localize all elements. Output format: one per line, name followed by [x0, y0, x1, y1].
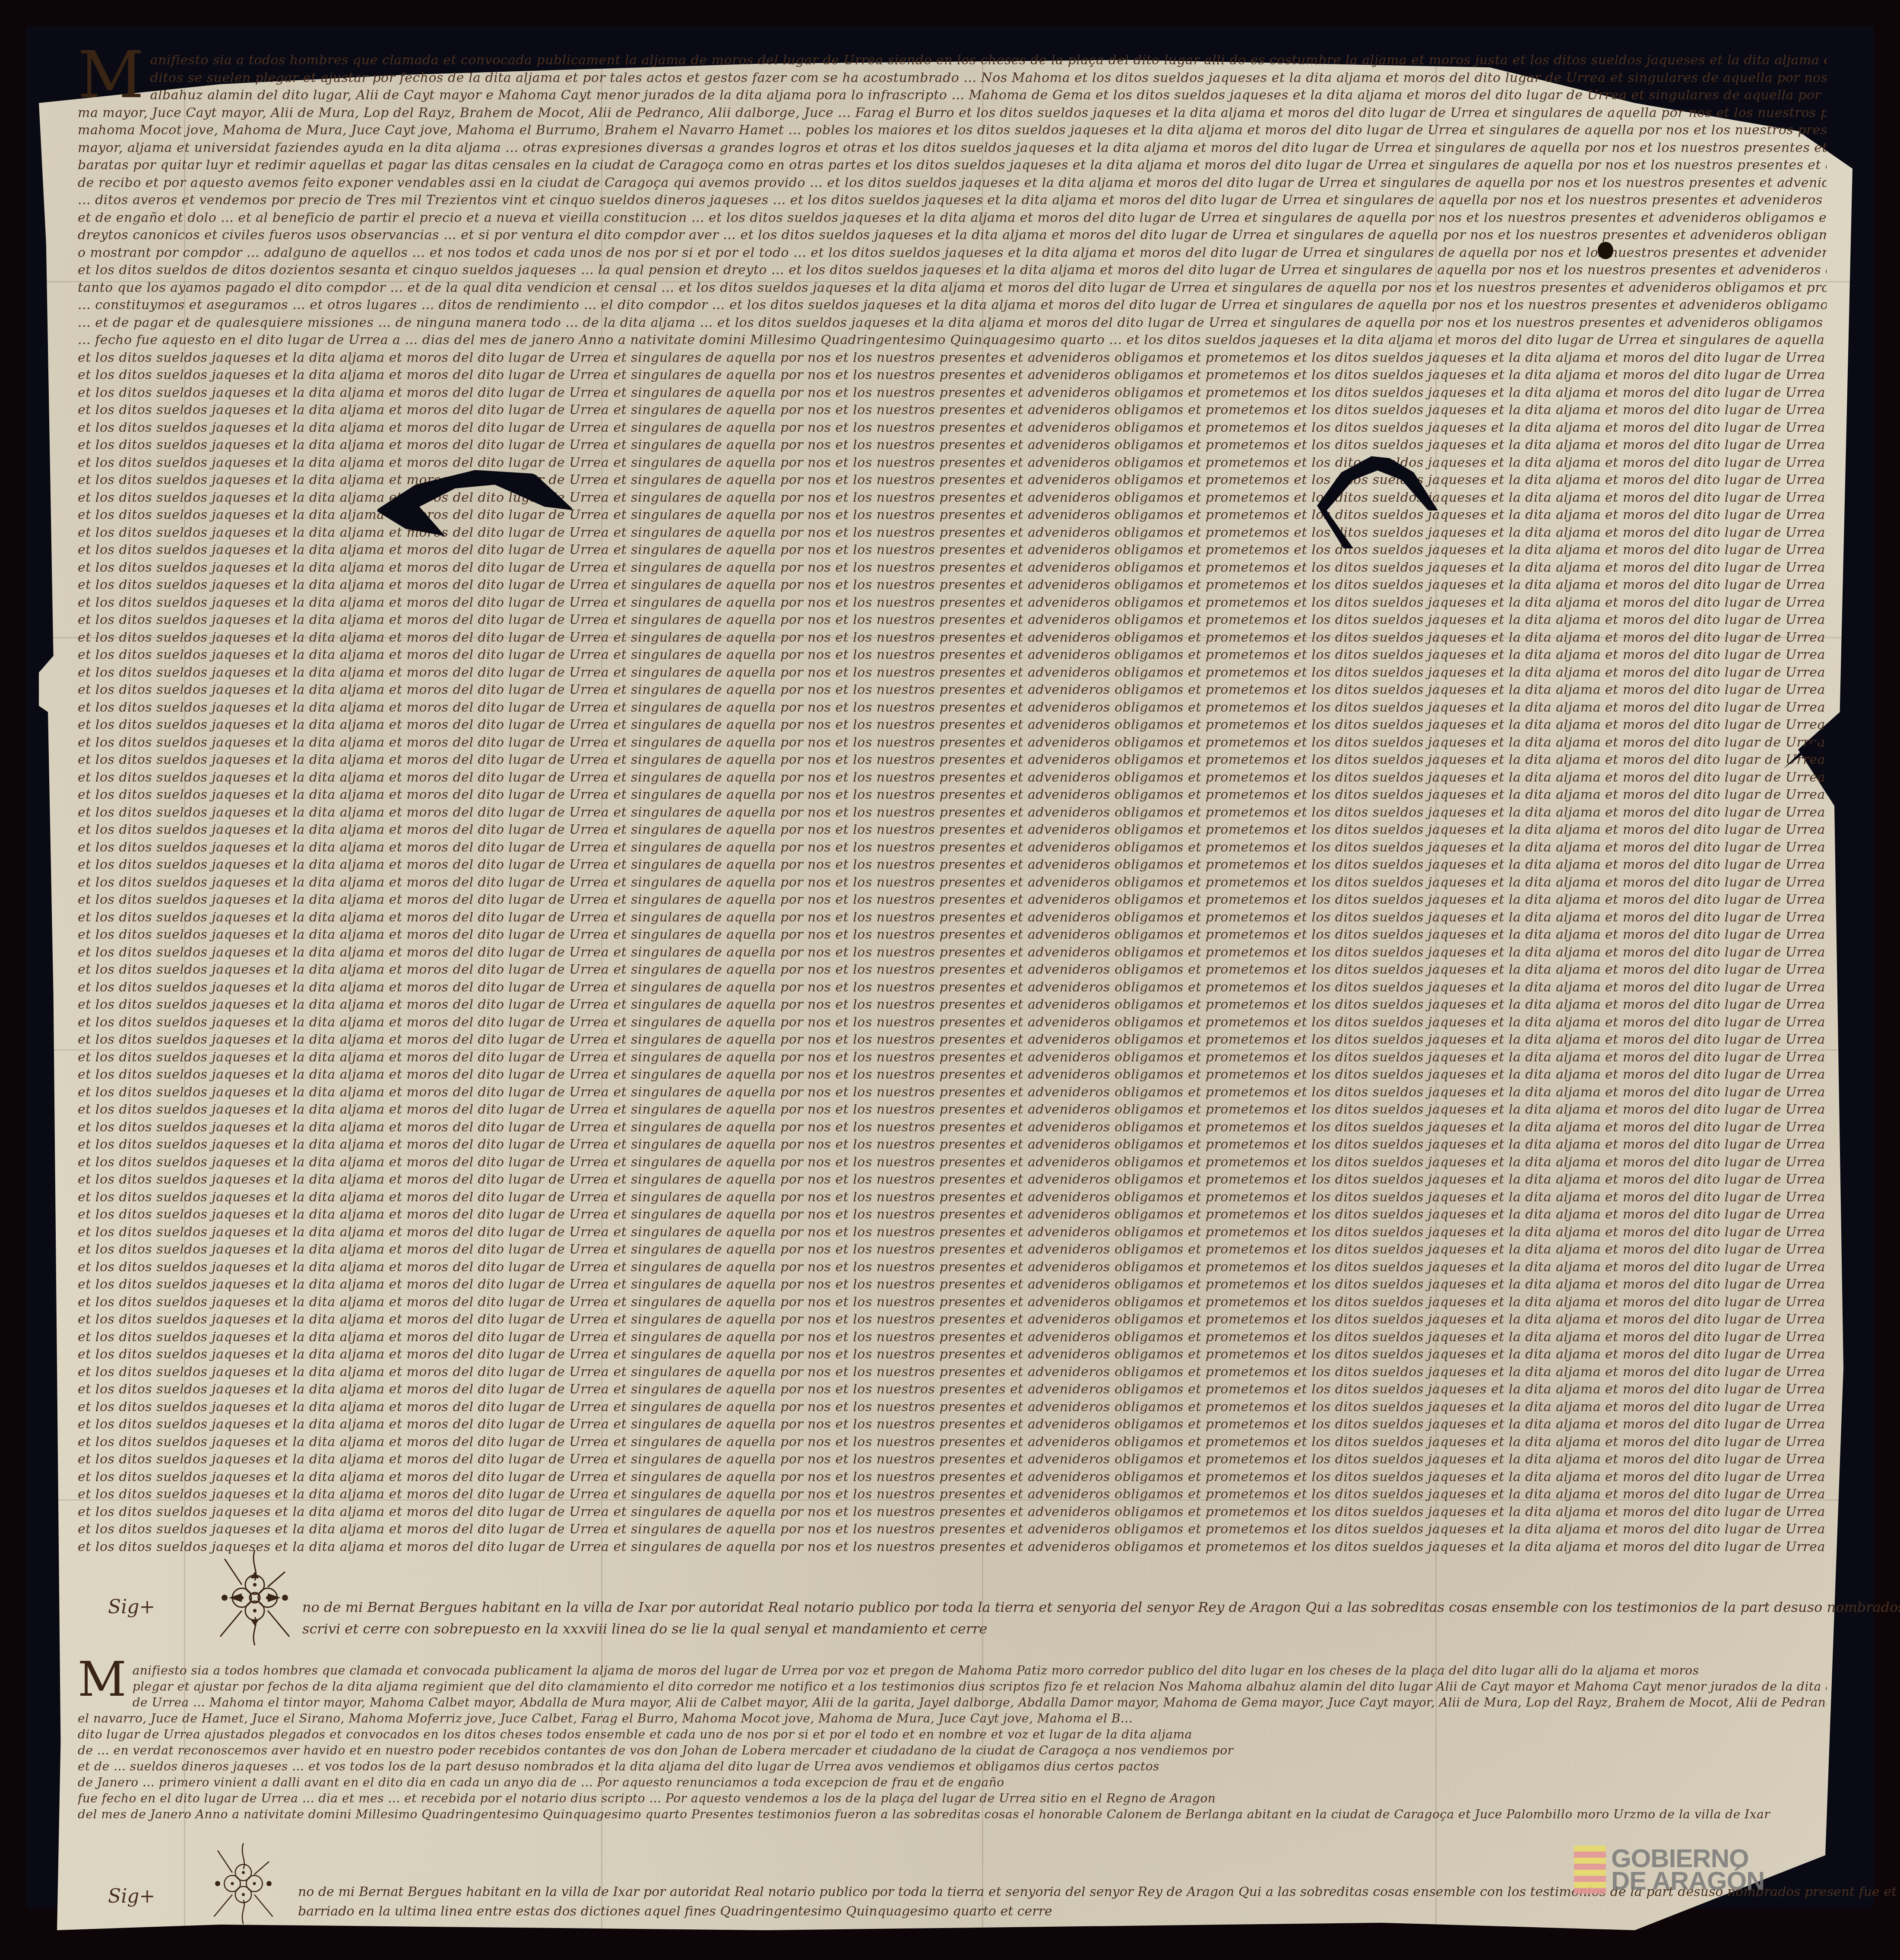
manuscript-line: et los ditos sueldos jaqueses et la dita…: [78, 1259, 1827, 1276]
manuscript-line: et los ditos sueldos jaqueses et la dita…: [78, 559, 1827, 577]
manuscript-line: et los ditos sueldos jaqueses et la dita…: [78, 1276, 1827, 1294]
manuscript-line: et los ditos sueldos jaqueses et la dita…: [78, 629, 1827, 647]
manuscript-line: et de ... sueldos dineros jaqueses ... e…: [78, 1758, 1827, 1774]
manuscript-line: et los ditos sueldos jaqueses et la dita…: [78, 874, 1827, 892]
aragon-flag-icon: [1574, 1846, 1606, 1894]
manuscript-line: et los ditos sueldos jaqueses et la dita…: [78, 1416, 1827, 1434]
manuscript-line: o mostrant por compdor ... adalguno de a…: [78, 244, 1827, 262]
manuscript-line: et los ditos sueldos jaqueses et la dita…: [78, 699, 1827, 717]
manuscript-line: et los ditos sueldos jaqueses et la dita…: [78, 821, 1827, 839]
manuscript-line: et los ditos sueldos jaqueses et la dita…: [78, 1294, 1827, 1311]
manuscript-line: del mes de Janero Anno a nativitate domi…: [78, 1806, 1827, 1822]
manuscript-line: et los ditos sueldos jaqueses et la dita…: [78, 681, 1827, 699]
decorated-initial-m: M: [78, 49, 144, 101]
manuscript-line: et los ditos sueldos jaqueses et la dita…: [78, 996, 1827, 1014]
manuscript-line: et los ditos sueldos jaqueses et la dita…: [78, 367, 1827, 384]
signum-label-2: Sig+: [108, 1887, 155, 1906]
manuscript-line: dito lugar de Urrea ajustados plegados e…: [78, 1726, 1827, 1742]
manuscript-line: dreytos canonicos et civiles fueros usos…: [78, 227, 1827, 244]
notary-subscription-line-1: no de mi Bernat Bergues habitant en la v…: [302, 1598, 1900, 1617]
manuscript-line: et los ditos sueldos jaqueses et la dita…: [78, 1206, 1827, 1224]
manuscript-line: plegar et ajustar por fechos de la dita …: [133, 1678, 1827, 1694]
manuscript-line: et los ditos sueldos jaqueses et la dita…: [78, 402, 1827, 419]
manuscript-line: et los ditos sueldos de ditos dozientos …: [78, 262, 1827, 279]
notary-signum-star-icon: [207, 1546, 302, 1650]
manuscript-line: et los ditos sueldos jaqueses et la dita…: [78, 804, 1827, 822]
manuscript-line: et los ditos sueldos jaqueses et la dita…: [78, 541, 1827, 559]
manuscript-line: mayor, aljama et universidat faziendes a…: [78, 139, 1827, 157]
manuscript-line: et los ditos sueldos jaqueses et la dita…: [78, 489, 1827, 507]
manuscript-line: tanto que los ayamos pagado el dito comp…: [78, 279, 1827, 297]
main-text-lines: anifiesto sia a todos hombres que clamad…: [78, 52, 1827, 1556]
manuscript-line: anifiesto sia a todos hombres que clamad…: [133, 1662, 1827, 1678]
notary-subscription-line-2: scrivi et cerre con sobrepuesto en la xx…: [302, 1619, 988, 1638]
manuscript-line: et los ditos sueldos jaqueses et la dita…: [78, 437, 1827, 454]
manuscript-line: et los ditos sueldos jaqueses et la dita…: [78, 1136, 1827, 1154]
manuscript-line: et los ditos sueldos jaqueses et la dita…: [78, 1241, 1827, 1259]
manuscript-line: et los ditos sueldos jaqueses et la dita…: [78, 1224, 1827, 1241]
manuscript-line: et los ditos sueldos jaqueses et la dita…: [78, 1364, 1827, 1381]
manuscript-line: et los ditos sueldos jaqueses et la dita…: [78, 1084, 1827, 1102]
manuscript-line: et los ditos sueldos jaqueses et la dita…: [78, 786, 1827, 804]
manuscript-line: et los ditos sueldos jaqueses et la dita…: [78, 891, 1827, 909]
notary-subscription-2-line-2: barriado en la ultima linea entre estas …: [298, 1902, 1052, 1921]
signum-label: Sig+: [108, 1598, 155, 1617]
manuscript-line: et de engaño et dolo ... et al beneficio…: [78, 209, 1827, 227]
manuscript-line: baratas por quitar luyr et redimir aquel…: [78, 157, 1827, 174]
manuscript-line: el navarro, Juce de Hamet, Juce el Siran…: [78, 1710, 1827, 1726]
manuscript-line: de Janero ... primero vinient a dalli av…: [78, 1774, 1827, 1790]
manuscript-line: et los ditos sueldos jaqueses et la dita…: [78, 716, 1827, 734]
manuscript-line: anifiesto sia a todos hombres que clamad…: [150, 52, 1827, 70]
manuscript-line: et los ditos sueldos jaqueses et la dita…: [78, 1434, 1827, 1451]
manuscript-line: et los ditos sueldos jaqueses et la dita…: [78, 1504, 1827, 1521]
parchment-small-hole: [1598, 242, 1613, 259]
manuscript-line: et los ditos sueldos jaqueses et la dita…: [78, 1451, 1827, 1469]
manuscript-line: et los ditos sueldos jaqueses et la dita…: [78, 734, 1827, 752]
manuscript-line: ... fecho fue aquesto en el dito lugar d…: [78, 332, 1827, 349]
second-instrument-text: M anifiesto sia a todos hombres que clam…: [78, 1662, 1827, 1822]
manuscript-line: et los ditos sueldos jaqueses et la dita…: [78, 664, 1827, 682]
manuscript-line: et los ditos sueldos jaqueses et la dita…: [78, 454, 1827, 472]
manuscript-line: et los ditos sueldos jaqueses et la dita…: [78, 909, 1827, 927]
notary-signum-star-icon-2: [203, 1840, 284, 1928]
manuscript-line: de recibo et por aquesto avemos feito ex…: [78, 174, 1827, 192]
manuscript-line: et los ditos sueldos jaqueses et la dita…: [78, 1311, 1827, 1329]
manuscript-line: et los ditos sueldos jaqueses et la dita…: [78, 839, 1827, 857]
manuscript-line: de Urrea ... Mahoma el tintor mayor, Mah…: [133, 1694, 1827, 1710]
manuscript-line: et los ditos sueldos jaqueses et la dita…: [78, 961, 1827, 979]
manuscript-line: et los ditos sueldos jaqueses et la dita…: [78, 472, 1827, 489]
manuscript-line: mahoma Mocot jove, Mahoma de Mura, Juce …: [78, 122, 1827, 139]
manuscript-line: albahuz alamin del dito lugar, Alii de C…: [150, 87, 1827, 104]
manuscript-line: fue fecho en el dito lugar de Urrea ... …: [78, 1790, 1827, 1806]
manuscript-line: et los ditos sueldos jaqueses et la dita…: [78, 594, 1827, 612]
manuscript-line: et los ditos sueldos jaqueses et la dita…: [78, 1066, 1827, 1084]
manuscript-line: et los ditos sueldos jaqueses et la dita…: [78, 1329, 1827, 1346]
manuscript-line: et los ditos sueldos jaqueses et la dita…: [78, 1119, 1827, 1137]
second-text-lines: anifiesto sia a todos hombres que clamad…: [78, 1662, 1827, 1822]
gobierno-de-aragon-watermark: GOBIERNO DE ARAGÓN: [1574, 1842, 1900, 1898]
manuscript-line: et los ditos sueldos jaqueses et la dita…: [78, 1171, 1827, 1189]
manuscript-line: et los ditos sueldos jaqueses et la dita…: [78, 751, 1827, 769]
manuscript-line: et los ditos sueldos jaqueses et la dita…: [78, 1189, 1827, 1206]
manuscript-line: et los ditos sueldos jaqueses et la dita…: [78, 1014, 1827, 1032]
manuscript-line: et los ditos sueldos jaqueses et la dita…: [78, 419, 1827, 437]
manuscript-line: ditos se suelen plegar et ajustar por fe…: [150, 70, 1827, 87]
manuscript-line: et los ditos sueldos jaqueses et la dita…: [78, 646, 1827, 664]
watermark-line-2: DE ARAGÓN: [1611, 1870, 1764, 1892]
manuscript-line: ... ditos averos et vendemos por precio …: [78, 192, 1827, 209]
manuscript-line: et los ditos sueldos jaqueses et la dita…: [78, 576, 1827, 594]
manuscript-line: et los ditos sueldos jaqueses et la dita…: [78, 926, 1827, 944]
manuscript-line: et los ditos sueldos jaqueses et la dita…: [78, 979, 1827, 997]
manuscript-line: et los ditos sueldos jaqueses et la dita…: [78, 1346, 1827, 1364]
manuscript-line: et los ditos sueldos jaqueses et la dita…: [78, 856, 1827, 874]
manuscript-line: et los ditos sueldos jaqueses et la dita…: [78, 349, 1827, 367]
manuscript-line: et los ditos sueldos jaqueses et la dita…: [78, 1469, 1827, 1486]
manuscript-line: et los ditos sueldos jaqueses et la dita…: [78, 769, 1827, 787]
manuscript-line: et los ditos sueldos jaqueses et la dita…: [78, 611, 1827, 629]
manuscript-line: et los ditos sueldos jaqueses et la dita…: [78, 1154, 1827, 1172]
manuscript-line: et los ditos sueldos jaqueses et la dita…: [78, 384, 1827, 402]
manuscript-line: et los ditos sueldos jaqueses et la dita…: [78, 1486, 1827, 1504]
decorated-initial-m-2: M: [78, 1660, 127, 1699]
manuscript-line: et los ditos sueldos jaqueses et la dita…: [78, 524, 1827, 542]
manuscript-line: et los ditos sueldos jaqueses et la dita…: [78, 1521, 1827, 1539]
manuscript-line: ma mayor, Juce Cayt mayor, Alii de Mura,…: [78, 104, 1827, 122]
manuscript-line: et los ditos sueldos jaqueses et la dita…: [78, 944, 1827, 962]
manuscript-line: ... et de pagar et de qualesquiere missi…: [78, 314, 1827, 332]
manuscript-line: de ... en verdat reconoscemos aver havid…: [78, 1742, 1827, 1758]
manuscript-line: et los ditos sueldos jaqueses et la dita…: [78, 507, 1827, 524]
manuscript-line: ... constituymos et aseguramos ... et ot…: [78, 297, 1827, 314]
manuscript-line: et los ditos sueldos jaqueses et la dita…: [78, 1101, 1827, 1119]
manuscript-line: et los ditos sueldos jaqueses et la dita…: [78, 1049, 1827, 1067]
manuscript-line: et los ditos sueldos jaqueses et la dita…: [78, 1539, 1827, 1556]
manuscript-line: et los ditos sueldos jaqueses et la dita…: [78, 1399, 1827, 1416]
main-instrument-text: M anifiesto sia a todos hombres que clam…: [78, 52, 1827, 1556]
manuscript-line: et los ditos sueldos jaqueses et la dita…: [78, 1381, 1827, 1399]
manuscript-line: et los ditos sueldos jaqueses et la dita…: [78, 1031, 1827, 1049]
